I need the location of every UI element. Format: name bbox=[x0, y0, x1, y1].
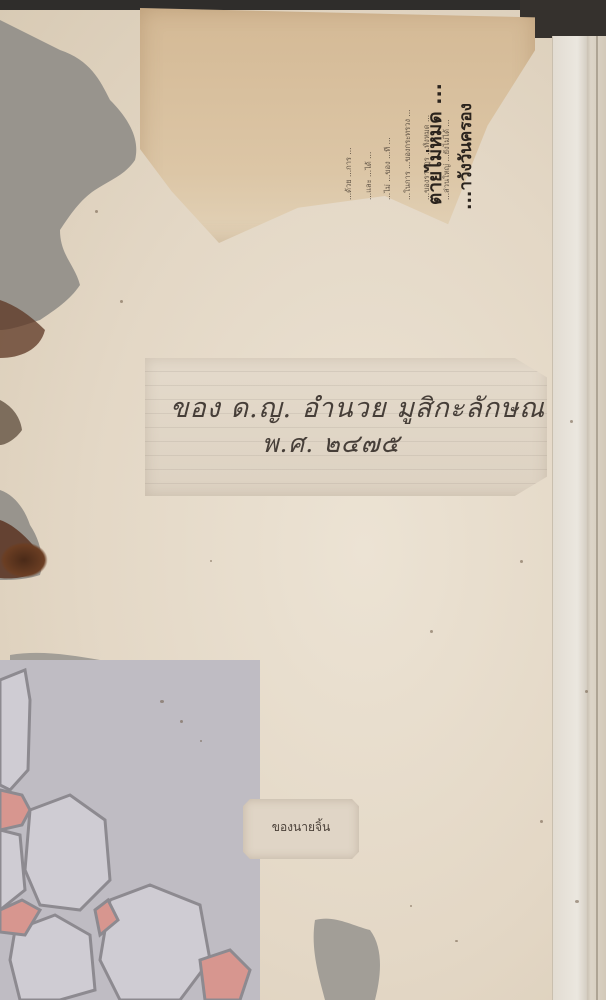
foxing-speck bbox=[160, 700, 164, 703]
newspaper-column: ...ในการ ...ของกระทรวง ... bbox=[404, 40, 412, 200]
foxing-speck bbox=[570, 420, 573, 423]
newspaper-body: ...ส่วนใหญ่ ...ยังไม่ได้ ... ...ของราษฎร… bbox=[150, 40, 450, 210]
foxing-speck bbox=[200, 740, 202, 742]
owner-year: พ.ศ. ๒๔๗๕ bbox=[262, 424, 400, 464]
owner-name: ของ ด.ญ. อำนวย มูสิกะลักษณ bbox=[170, 386, 550, 429]
foxing-speck bbox=[180, 720, 183, 723]
newspaper-column: ...ของราษฎร ...ทั้งหมด ... bbox=[423, 40, 431, 200]
foxing-speck bbox=[540, 820, 543, 823]
owner-stamp-text: ของนายจิ้น bbox=[243, 818, 359, 837]
foxing-speck bbox=[455, 940, 458, 942]
newspaper-column: ...ด้วย ...การ ... bbox=[345, 40, 353, 200]
newspaper-column: ...ส่วนใหญ่ ...ยังไม่ได้ ... bbox=[443, 40, 451, 200]
foxing-speck bbox=[120, 300, 123, 303]
newspaper-column: ...และ ...ได้ ... bbox=[365, 40, 373, 200]
foxing-speck bbox=[430, 630, 433, 633]
foxing-speck bbox=[210, 560, 212, 562]
spine-crease bbox=[596, 36, 598, 1000]
floor-tiles bbox=[0, 660, 260, 1000]
newspaper-subheadline: ...าวังวันครอง bbox=[452, 60, 479, 210]
rust-stain bbox=[0, 542, 48, 578]
foxing-speck bbox=[95, 210, 98, 213]
foxing-speck bbox=[575, 900, 579, 903]
foxing-speck bbox=[410, 905, 412, 907]
newspaper-column: ...ไม่ ...ของ ...ที่ ... bbox=[384, 40, 392, 200]
foxing-speck bbox=[520, 560, 523, 563]
book-endpaper-photo: ตายไม่หมด ... ...าวังวันครอง ...ส่วนใหญ่… bbox=[0, 0, 606, 1000]
foxing-speck bbox=[585, 690, 588, 693]
